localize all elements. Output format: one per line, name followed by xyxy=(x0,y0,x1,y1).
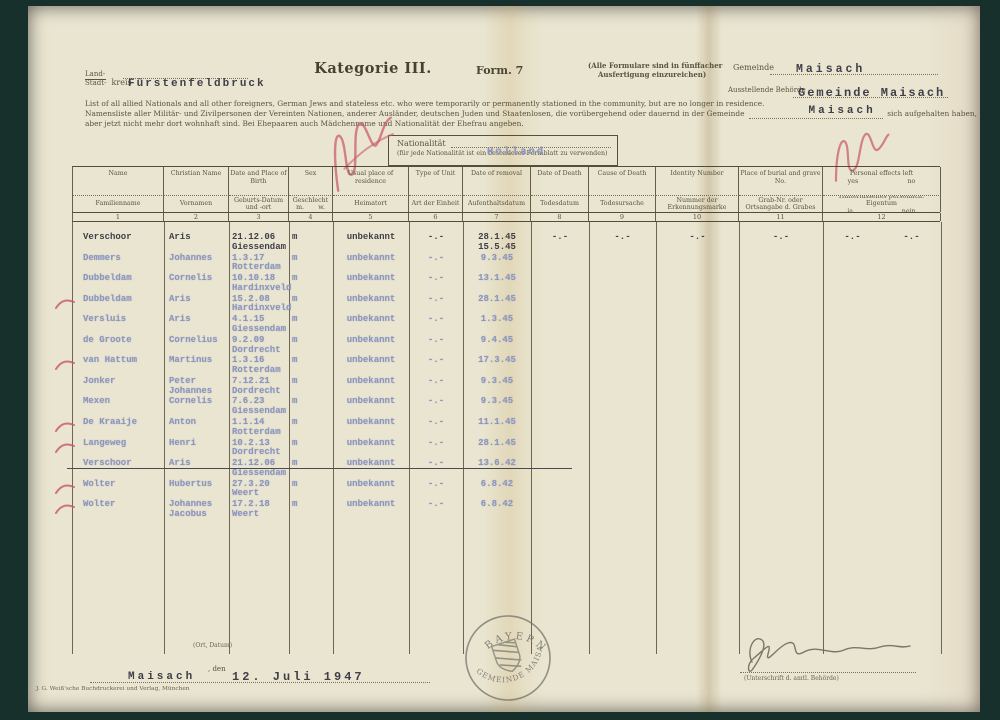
gemeinde-value: Maisach xyxy=(796,63,865,76)
header-cell-number: 5 xyxy=(333,213,409,221)
cell-name: Versluis xyxy=(73,315,164,335)
cell-identity-number xyxy=(656,274,739,294)
cell-death-date xyxy=(531,295,589,315)
red-check-mark xyxy=(54,501,76,515)
date-value: 12. Juli 1947 xyxy=(232,670,365,684)
form-number: Form. 7 xyxy=(476,64,523,77)
cell-sex: m xyxy=(289,254,333,274)
place-date-caption: (Ort, Datum) xyxy=(193,642,232,649)
cell-sex: m xyxy=(289,356,333,376)
cell-burial-place xyxy=(739,356,823,376)
cell-unit-type: -.- xyxy=(409,377,463,397)
cell-burial-place xyxy=(739,418,823,438)
cell-christian-name: Aris xyxy=(164,233,229,253)
table-body: VerschoorAris21.12.06Giessendammunbekann… xyxy=(72,222,940,654)
cell-death-date xyxy=(531,254,589,274)
cell-identity-number xyxy=(656,480,739,500)
cell-date: 6.8.42 xyxy=(463,480,531,500)
document-page: Kategorie III. Form. 7 (Alle Formulare s… xyxy=(28,6,980,712)
cell-death-date xyxy=(531,377,589,397)
header-cell-number: 4 xyxy=(289,213,333,221)
cell-date: 28.1.45 xyxy=(463,295,531,315)
header-cell-de: Familienname xyxy=(73,196,164,212)
header-cell-en: Place of burial and grave No. xyxy=(739,167,823,196)
cell-birth: 1.3.17Rotterdam xyxy=(229,254,289,274)
header-cell-en: Date and Place of Birth xyxy=(229,167,289,196)
gemeinde-blank: Maisach xyxy=(749,109,884,119)
cell-unit-type: -.- xyxy=(409,418,463,438)
cell-sex: m xyxy=(289,397,333,417)
header-cell-number: 8 xyxy=(531,213,589,221)
header-cell-number: 12 xyxy=(823,213,941,221)
header-cell-number: 2 xyxy=(164,213,229,221)
table-row: DemmersJohannes1.3.17Rotterdammunbekannt… xyxy=(73,254,941,274)
cell-date: 13.1.45 xyxy=(463,274,531,294)
cell-death-date xyxy=(531,439,589,459)
cell-death-cause xyxy=(589,418,656,438)
behoerde-label: Ausstellende Behörde xyxy=(728,86,806,94)
cell-personal-effects xyxy=(823,377,941,397)
cell-unit-type: -.- xyxy=(409,233,463,253)
cell-date: 9.4.45 xyxy=(463,336,531,356)
header-cell-en: Date of removal xyxy=(463,167,531,196)
header-cell-number: 11 xyxy=(739,213,823,221)
header-cell-number: 10 xyxy=(656,213,739,221)
cell-identity-number xyxy=(656,397,739,417)
cell-residence: unbekannt xyxy=(333,439,409,459)
header-cell-de: Grab-Nr. oder Ortsangabe d. Grabes xyxy=(739,196,823,212)
cell-death-cause xyxy=(589,254,656,274)
table-header-german: FamiliennameVornamenGeburts-Datum und -o… xyxy=(72,196,940,212)
cell-residence: unbekannt xyxy=(333,295,409,315)
header-cell-en: Type of Unit xyxy=(409,167,463,196)
header-cell-en: Date of Death xyxy=(531,167,589,196)
intro-german-line1: Namensliste aller Militär- und Zivilpers… xyxy=(85,109,977,119)
table-row: WolterJohannesJacobus17.2.18Weertmunbeka… xyxy=(73,500,941,520)
cell-personal-effects xyxy=(823,315,941,335)
cell-identity-number xyxy=(656,459,739,479)
cell-name: van Hattum xyxy=(73,356,164,376)
cell-birth: 17.2.18Weert xyxy=(229,500,289,520)
cell-death-date xyxy=(531,336,589,356)
header-cell-de: Geburts-Datum und -ort xyxy=(229,196,289,212)
cell-death-cause xyxy=(589,315,656,335)
cell-name: Langeweg xyxy=(73,439,164,459)
cell-unit-type: -.- xyxy=(409,459,463,479)
cell-unit-type: -.- xyxy=(409,336,463,356)
table-column-rule xyxy=(941,222,942,654)
cell-date: 9.3.45 xyxy=(463,397,531,417)
cell-death-cause xyxy=(589,500,656,520)
table-row: WolterHubertus27.3.20Weertmunbekannt-.-6… xyxy=(73,480,941,500)
cell-date: 11.1.45 xyxy=(463,418,531,438)
cell-name: Verschoor xyxy=(73,459,164,479)
cell-birth: 7.6.23Giessendam xyxy=(229,397,289,417)
header-cell-de: Aufenthaltsdatum xyxy=(463,196,531,212)
cell-unit-type: -.- xyxy=(409,397,463,417)
red-check-mark xyxy=(54,296,76,310)
header-cell-de: Art der Einheit xyxy=(409,196,463,212)
signature-caption: (Unterschrift d. amtl. Behörde) xyxy=(744,675,839,682)
cell-residence: unbekannt xyxy=(333,418,409,438)
nationality-value: Holland xyxy=(487,146,545,158)
cell-death-date xyxy=(531,459,589,479)
cell-residence: unbekannt xyxy=(333,356,409,376)
cell-residence: unbekannt xyxy=(333,336,409,356)
cell-death-date: -.- xyxy=(531,233,589,253)
cell-identity-number xyxy=(656,439,739,459)
intro-paragraph: List of all allied Nationals and all oth… xyxy=(85,99,977,129)
cell-burial-place xyxy=(739,480,823,500)
cell-residence: unbekannt xyxy=(333,377,409,397)
cell-sex: m xyxy=(289,480,333,500)
cell-death-date xyxy=(531,274,589,294)
cell-sex: m xyxy=(289,439,333,459)
intro-german-line2: aber jetzt nicht mehr dort wohnhaft sind… xyxy=(85,119,977,129)
table-header-english: NameChristian NameDate and Place of Birt… xyxy=(72,166,940,196)
cell-death-cause xyxy=(589,397,656,417)
cell-personal-effects xyxy=(823,500,941,520)
table-header-numbers: 123456789101112 xyxy=(72,212,940,222)
cell-christian-name: Johannes xyxy=(164,254,229,274)
cell-sex: m xyxy=(289,377,333,397)
cell-residence: unbekannt xyxy=(333,274,409,294)
copies-note: (Alle Formulare sind in fünffacher Ausfe… xyxy=(588,62,748,79)
table-row: VerschoorAris21.12.06Giessendammunbekann… xyxy=(73,459,941,479)
cell-sex: m xyxy=(289,418,333,438)
cell-burial-place xyxy=(739,315,823,335)
cell-identity-number xyxy=(656,315,739,335)
cell-personal-effects xyxy=(823,418,941,438)
cell-personal-effects xyxy=(823,439,941,459)
header-cell-en: Sex xyxy=(289,167,333,196)
cell-identity-number: -.- xyxy=(656,233,739,253)
cell-sex: m xyxy=(289,233,333,253)
cell-christian-name: Martinus xyxy=(164,356,229,376)
cell-identity-number xyxy=(656,356,739,376)
signature-line xyxy=(740,672,916,673)
cell-sex: m xyxy=(289,500,333,520)
cell-name: Wolter xyxy=(73,500,164,520)
cell-date: 1.3.45 xyxy=(463,315,531,335)
cell-residence: unbekannt xyxy=(333,459,409,479)
cell-residence: unbekannt xyxy=(333,500,409,520)
header-cell-en: Personal effects leftyesno xyxy=(823,167,941,196)
header-cell-number: 9 xyxy=(589,213,656,221)
cell-christian-name: PeterJohannes xyxy=(164,377,229,397)
cell-death-cause: -.- xyxy=(589,233,656,253)
intro-gemeinde-value: Maisach xyxy=(809,106,876,116)
table-row: LangewegHenri10.2.13Dordrechtmunbekannt-… xyxy=(73,439,941,459)
red-check-mark xyxy=(54,440,76,454)
cell-death-cause xyxy=(589,377,656,397)
cell-death-cause xyxy=(589,439,656,459)
cell-death-date xyxy=(531,418,589,438)
table-row: DubbeldamAris15.2.08Hardinxveldmunbekann… xyxy=(73,295,941,315)
table-row: van HattumMartinus1.3.16Rotterdammunbeka… xyxy=(73,356,941,376)
header-cell-number: 6 xyxy=(409,213,463,221)
cell-death-cause xyxy=(589,356,656,376)
cell-death-cause xyxy=(589,480,656,500)
table-row: De KraaijeAnton1.1.14Rotterdammunbekannt… xyxy=(73,418,941,438)
cell-date: 9.3.45 xyxy=(463,254,531,274)
strikethrough-line xyxy=(67,468,572,469)
cell-identity-number xyxy=(656,254,739,274)
cell-burial-place xyxy=(739,500,823,520)
cell-birth: 1.3.16Rotterdam xyxy=(229,356,289,376)
cell-unit-type: -.- xyxy=(409,254,463,274)
cell-christian-name: Anton xyxy=(164,418,229,438)
cell-birth: 15.2.08Hardinxveld xyxy=(229,295,289,315)
cell-name: Dubbeldam xyxy=(73,274,164,294)
cell-unit-type: -.- xyxy=(409,274,463,294)
cell-unit-type: -.- xyxy=(409,356,463,376)
table-row: VerschoorAris21.12.06Giessendammunbekann… xyxy=(73,233,941,253)
cell-death-date xyxy=(531,397,589,417)
cell-burial-place xyxy=(739,254,823,274)
table-row: de GrooteCornelius9.2.09Dordrechtmunbeka… xyxy=(73,336,941,356)
table-row: MexenCornelis7.6.23Giessendammunbekannt-… xyxy=(73,397,941,417)
cell-personal-effects xyxy=(823,459,941,479)
cell-death-cause xyxy=(589,295,656,315)
cell-sex: m xyxy=(289,274,333,294)
cell-birth: 9.2.09Dordrecht xyxy=(229,336,289,356)
cell-unit-type: -.- xyxy=(409,295,463,315)
cell-personal-effects xyxy=(823,356,941,376)
cell-identity-number xyxy=(656,295,739,315)
cell-name: Wolter xyxy=(73,480,164,500)
cell-burial-place: -.- xyxy=(739,233,823,253)
kreis-stadt-label: Stadt- xyxy=(85,80,106,87)
printer-imprint: J. G. Weiß'sche Buchdruckerei und Verlag… xyxy=(36,686,190,692)
cell-residence: unbekannt xyxy=(333,233,409,253)
cell-identity-number xyxy=(656,377,739,397)
cell-name: de Groote xyxy=(73,336,164,356)
cell-personal-effects xyxy=(823,254,941,274)
kreis-value: Fürstenfeldbruck xyxy=(128,78,266,90)
cell-birth: 7.12.21Dordrecht xyxy=(229,377,289,397)
table-row: VersluisAris4.1.15Giessendammunbekannt-.… xyxy=(73,315,941,335)
cell-unit-type: -.- xyxy=(409,439,463,459)
cell-christian-name: Henri xyxy=(164,439,229,459)
cell-christian-name: JohannesJacobus xyxy=(164,500,229,520)
stamp-shield xyxy=(492,639,524,675)
cell-name: Jonker xyxy=(73,377,164,397)
header-cell-number: 1 xyxy=(73,213,164,221)
cell-birth: 27.3.20Weert xyxy=(229,480,289,500)
signature xyxy=(738,628,918,676)
cell-birth: 10.10.18Hardinxveld xyxy=(229,274,289,294)
cell-birth: 1.1.14Rotterdam xyxy=(229,418,289,438)
cell-residence: unbekannt xyxy=(333,480,409,500)
cell-personal-effects xyxy=(823,336,941,356)
header-cell-de: Vornamen xyxy=(164,196,229,212)
cell-death-cause xyxy=(589,336,656,356)
header-cell-de: Nummer der Erkennungsmarke xyxy=(656,196,739,212)
behoerde-value: Gemeinde Maisach xyxy=(798,86,945,100)
cell-unit-type: -.- xyxy=(409,315,463,335)
cell-death-date xyxy=(531,315,589,335)
cell-burial-place xyxy=(739,439,823,459)
cell-christian-name: Cornelius xyxy=(164,336,229,356)
header-cell-de: Todesdatum xyxy=(531,196,589,212)
cell-christian-name: Aris xyxy=(164,315,229,335)
cell-residence: unbekannt xyxy=(333,315,409,335)
cell-sex: m xyxy=(289,459,333,479)
cell-identity-number xyxy=(656,500,739,520)
cell-birth: 21.12.06Giessendam xyxy=(229,459,289,479)
table-row: JonkerPeterJohannes7.12.21Dordrechtmunbe… xyxy=(73,377,941,397)
cell-date: 6.8.42 xyxy=(463,500,531,520)
cell-name: De Kraaije xyxy=(73,418,164,438)
cell-name: Mexen xyxy=(73,397,164,417)
cell-name: Dubbeldam xyxy=(73,295,164,315)
cell-death-cause xyxy=(589,274,656,294)
cell-sex: m xyxy=(289,295,333,315)
header-cell-de: Hinterlassenes persönlich. Eigentumjanei… xyxy=(823,196,941,212)
cell-name: Verschoor xyxy=(73,233,164,253)
cell-personal-effects xyxy=(823,397,941,417)
cell-date: 17.3.45 xyxy=(463,356,531,376)
header-cell-en: Christian Name xyxy=(164,167,229,196)
header-cell-number: 7 xyxy=(463,213,531,221)
header-cell-de: Heimatort xyxy=(333,196,409,212)
cell-burial-place xyxy=(739,397,823,417)
cell-death-cause xyxy=(589,459,656,479)
cell-christian-name: Cornelis xyxy=(164,274,229,294)
cell-unit-type: -.- xyxy=(409,500,463,520)
header-cell-number: 3 xyxy=(229,213,289,221)
den-label: , den xyxy=(208,665,226,673)
page-title: Kategorie III. xyxy=(298,60,448,77)
red-check-mark xyxy=(54,357,76,371)
cell-date: 28.1.4515.5.45 xyxy=(463,233,531,253)
place-value: Maisach xyxy=(128,671,195,683)
table-row: DubbeldamCornelis10.10.18Hardinxveldmunb… xyxy=(73,274,941,294)
cell-birth: 21.12.06Giessendam xyxy=(229,233,289,253)
header-cell-en: Cause of Death xyxy=(589,167,656,196)
cell-personal-effects xyxy=(823,274,941,294)
cell-personal-effects xyxy=(823,480,941,500)
cell-date: 28.1.45 xyxy=(463,439,531,459)
cell-burial-place xyxy=(739,295,823,315)
cell-sex: m xyxy=(289,336,333,356)
gemeinde-label: Gemeinde xyxy=(733,63,774,72)
cell-personal-effects xyxy=(823,295,941,315)
cell-burial-place xyxy=(739,336,823,356)
cell-christian-name: Aris xyxy=(164,459,229,479)
header-cell-de: Geschlechtm.w. xyxy=(289,196,333,212)
cell-birth: 10.2.13Dordrecht xyxy=(229,439,289,459)
cell-date: 9.3.45 xyxy=(463,377,531,397)
cell-identity-number xyxy=(656,418,739,438)
cell-burial-place xyxy=(739,459,823,479)
cell-death-date xyxy=(531,500,589,520)
cell-burial-place xyxy=(739,377,823,397)
cell-christian-name: Hubertus xyxy=(164,480,229,500)
header-cell-de: Todesursache xyxy=(589,196,656,212)
header-cell-en: Identity Number xyxy=(656,167,739,196)
cell-death-date xyxy=(531,356,589,376)
cell-burial-place xyxy=(739,274,823,294)
cell-residence: unbekannt xyxy=(333,254,409,274)
cell-christian-name: Cornelis xyxy=(164,397,229,417)
record-table: NameChristian NameDate and Place of Birt… xyxy=(72,166,940,654)
cell-residence: unbekannt xyxy=(333,397,409,417)
red-check-mark xyxy=(54,419,76,433)
header-cell-en: Usual place of residence xyxy=(333,167,409,196)
cell-personal-effects: -.--.- xyxy=(823,233,941,253)
red-check-mark xyxy=(54,481,76,495)
cell-identity-number xyxy=(656,336,739,356)
cell-death-date xyxy=(531,480,589,500)
header-cell-en: Name xyxy=(73,167,164,196)
cell-birth: 4.1.15Giessendam xyxy=(229,315,289,335)
cell-christian-name: Aris xyxy=(164,295,229,315)
cell-unit-type: -.- xyxy=(409,480,463,500)
cell-date: 13.6.42 xyxy=(463,459,531,479)
cell-sex: m xyxy=(289,315,333,335)
cell-name: Demmers xyxy=(73,254,164,274)
